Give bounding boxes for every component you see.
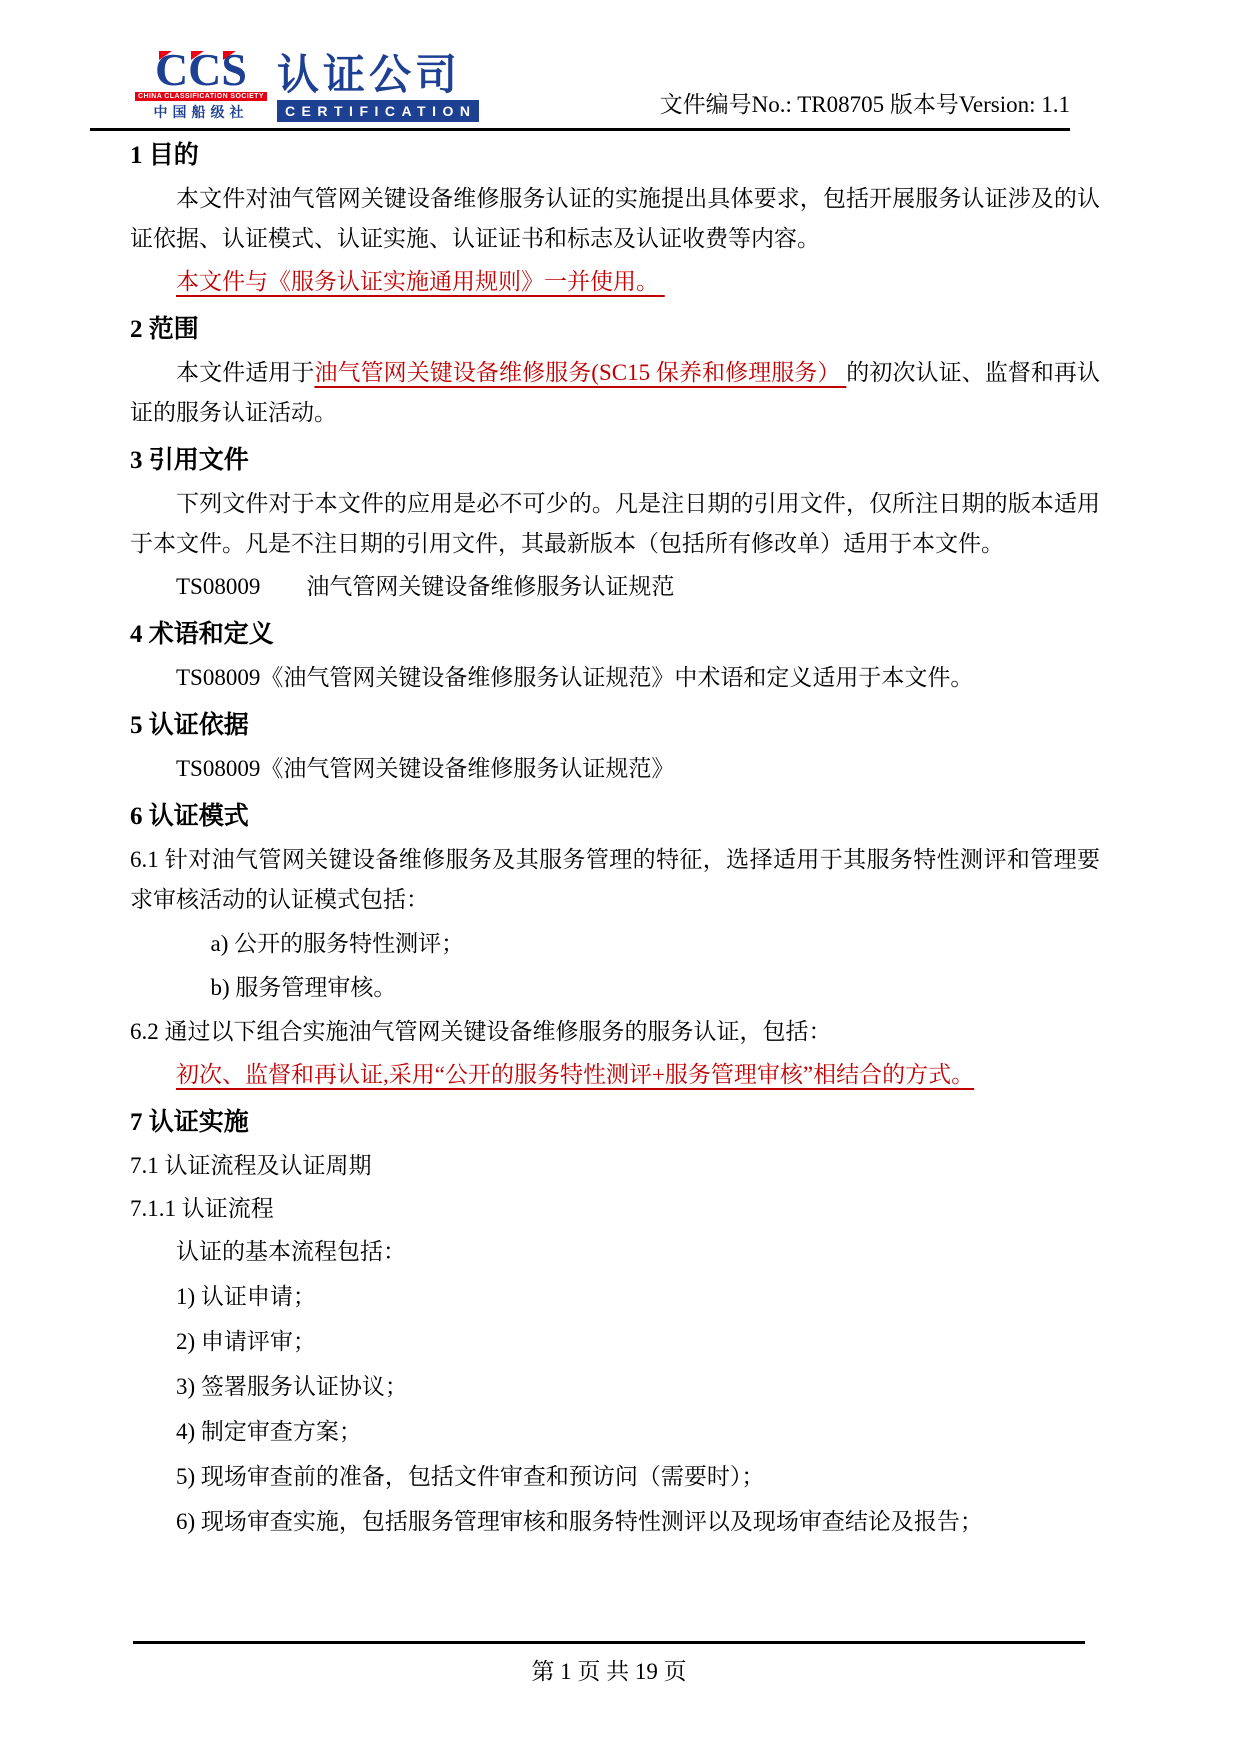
section-3-paragraph: 下列文件对于本文件的应用是必不可少的。凡是注日期的引用文件，仅所注日期的版本适用… xyxy=(130,484,1100,564)
page-header: CCS CHINA CLASSIFICATION SOCIETY 中国船级社 认… xyxy=(90,50,1070,131)
society-name-cn: 中国船级社 xyxy=(153,102,248,122)
clause-6-1: 6.1 针对油气管网关键设备维修服务及其服务管理的特征，选择适用于其服务特性测评… xyxy=(130,840,1100,920)
brand-name-en: CERTIFICATION xyxy=(277,100,479,122)
section-1-note-red: 本文件与《服务认证实施通用规则》一并使用。 xyxy=(130,262,1100,302)
process-intro: 认证的基本流程包括： xyxy=(130,1232,1100,1272)
clause-6-2: 6.2 通过以下组合实施油气管网关键设备维修服务的服务认证，包括： xyxy=(130,1012,1100,1052)
ccs-logo-right: 认证公司 CERTIFICATION xyxy=(277,54,479,122)
document-page: CCS CHINA CLASSIFICATION SOCIETY 中国船级社 认… xyxy=(0,0,1233,1743)
section-7-heading: 7 认证实施 xyxy=(130,1106,1100,1140)
section-4-heading: 4 术语和定义 xyxy=(130,618,1100,652)
ccs-logo: CCS CHINA CLASSIFICATION SOCIETY 中国船级社 认… xyxy=(135,50,479,122)
brand-name-cn: 认证公司 xyxy=(277,54,479,96)
process-step: 4) 制定审查方案； xyxy=(130,1412,1100,1452)
section-2-heading: 2 范围 xyxy=(130,313,1100,347)
section-4-paragraph: TS08009《油气管网关键设备维修服务认证规范》中术语和定义适用于本文件。 xyxy=(130,658,1100,698)
clause-7-1-1: 7.1.1 认证流程 xyxy=(130,1189,1100,1229)
section-3-heading: 3 引用文件 xyxy=(130,444,1100,478)
page-footer: 第 1 页 共 19 页 xyxy=(133,1641,1085,1686)
text-run-red: 油气管网关键设备维修服务(SC15 保养和修理服务） xyxy=(314,360,846,385)
clause-6-1-item-b: b) 服务管理审核。 xyxy=(130,968,1100,1008)
section-1-heading: 1 目的 xyxy=(130,139,1100,173)
document-body: 1 目的 本文件对油气管网关键设备维修服务认证的实施提出具体要求，包括开展服务认… xyxy=(130,128,1100,1547)
ccs-wordmark: CCS xyxy=(155,50,247,90)
section-5-heading: 5 认证依据 xyxy=(130,709,1100,743)
process-step: 6) 现场审查实施，包括服务管理审核和服务特性测评以及现场审查结论及报告； xyxy=(130,1502,1100,1542)
section-3-reference: TS08009 油气管网关键设备维修服务认证规范 xyxy=(130,567,1100,607)
document-number: 文件编号No.: TR08705 版本号Version: 1.1 xyxy=(660,90,1070,122)
clause-6-2-note-red: 初次、监督和再认证,采用“公开的服务特性测评+服务管理审核”相结合的方式。 xyxy=(130,1055,1100,1095)
section-2-paragraph: 本文件适用于油气管网关键设备维修服务(SC15 保养和修理服务） 的初次认证、监… xyxy=(130,353,1100,433)
clause-6-1-item-a: a) 公开的服务特性测评； xyxy=(130,924,1100,964)
process-step: 1) 认证申请； xyxy=(130,1277,1100,1317)
clause-7-1: 7.1 认证流程及认证周期 xyxy=(130,1146,1100,1186)
process-step: 3) 签署服务认证协议； xyxy=(130,1367,1100,1407)
process-step: 5) 现场审查前的准备，包括文件审查和预访问（需要时）； xyxy=(130,1457,1100,1497)
section-1-paragraph: 本文件对油气管网关键设备维修服务认证的实施提出具体要求，包括开展服务认证涉及的认… xyxy=(130,179,1100,259)
section-6-heading: 6 认证模式 xyxy=(130,800,1100,834)
section-5-paragraph: TS08009《油气管网关键设备维修服务认证规范》 xyxy=(130,749,1100,789)
page-number: 第 1 页 共 19 页 xyxy=(133,1653,1085,1686)
text-run: 本文件适用于 xyxy=(176,360,314,385)
process-step: 2) 申请评审； xyxy=(130,1322,1100,1362)
ccs-logo-left: CCS CHINA CLASSIFICATION SOCIETY 中国船级社 xyxy=(135,50,267,122)
